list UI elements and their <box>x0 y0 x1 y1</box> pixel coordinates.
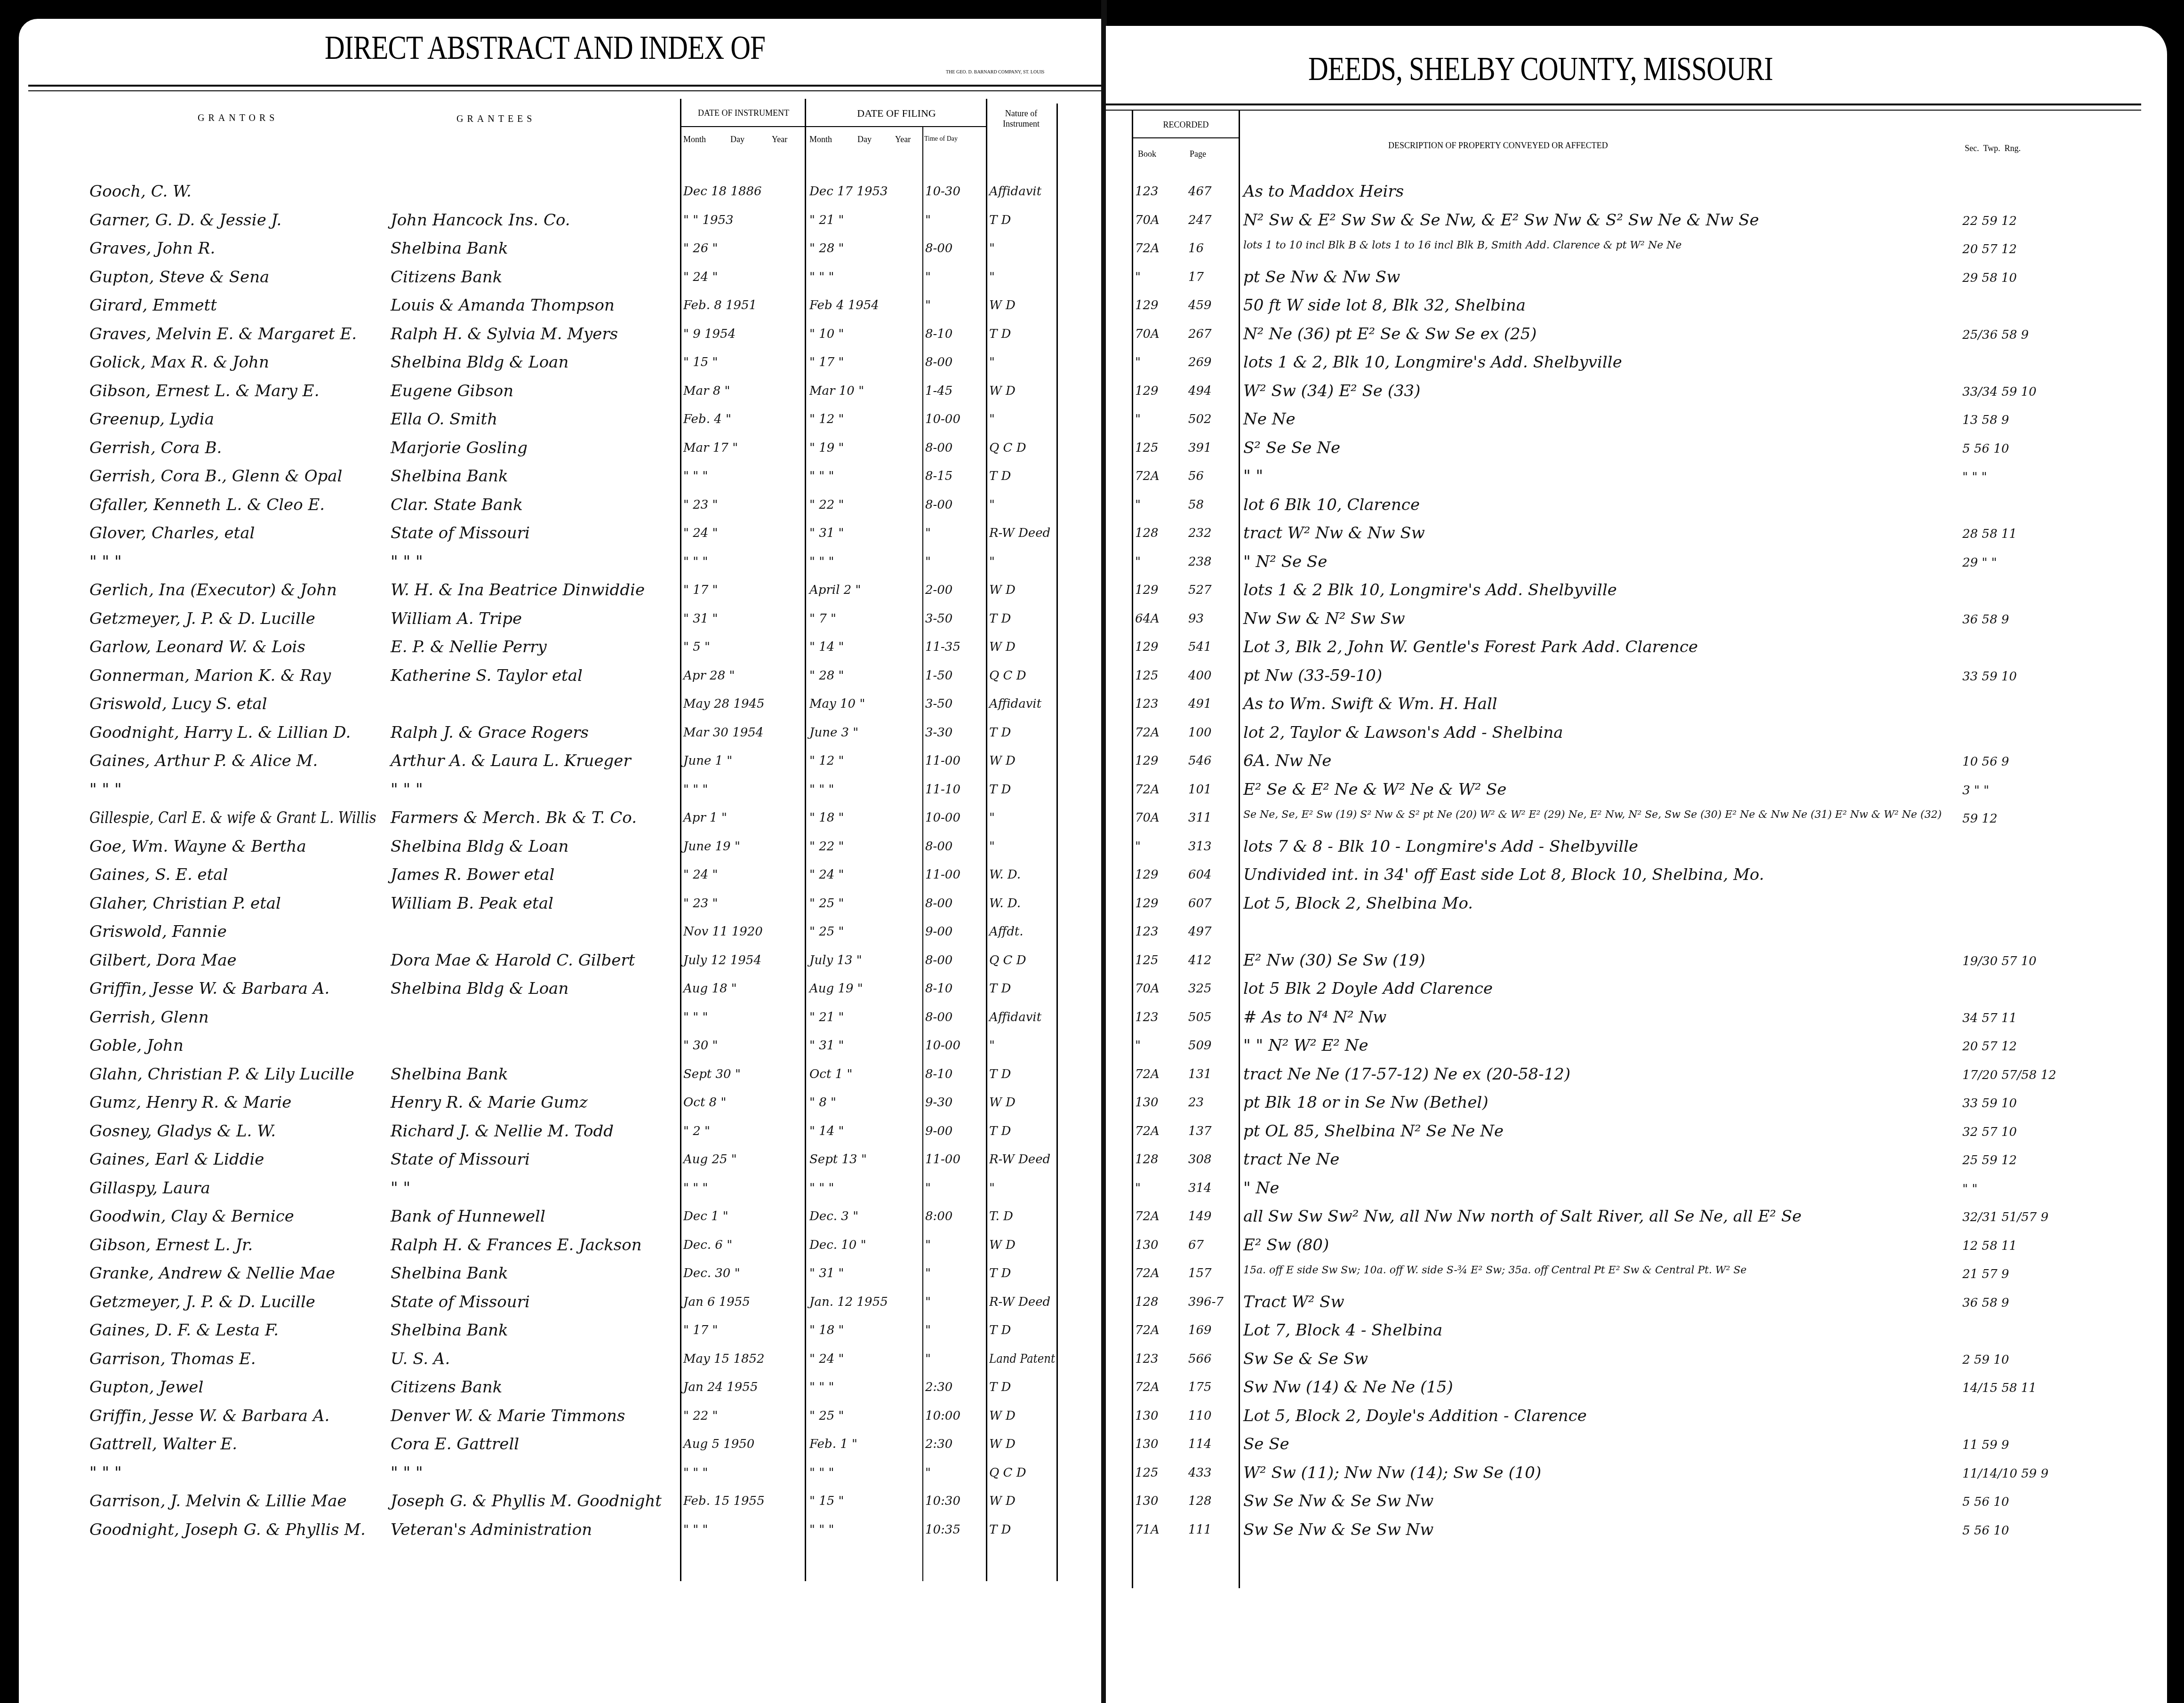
instrument-date: Dec. 6 " <box>683 1239 732 1251</box>
property-description: Nw Sw & N² Sw Sw <box>1243 611 1405 627</box>
sec-twp-rng: 2 59 10 <box>1962 1354 2009 1366</box>
page-number: 175 <box>1188 1381 1212 1393</box>
filing-date: April 2 " <box>809 584 861 596</box>
time-of-day: 8-10 <box>925 1068 952 1080</box>
instrument-date: Apr 1 " <box>683 812 727 824</box>
instrument-date: " 24 " <box>683 869 718 881</box>
grantor: Gerrish, Cora B. <box>89 440 222 456</box>
grantor: " " " <box>89 554 122 570</box>
instrument-date: " 24 " <box>683 271 718 283</box>
sec-twp-rng: 13 58 9 <box>1962 414 2009 426</box>
nature-of-instrument: W. D. <box>989 869 1021 881</box>
grantor: Gibson, Ernest L. Jr. <box>89 1237 253 1253</box>
page-number: 58 <box>1188 499 1204 511</box>
property-description: " N² Se Se <box>1243 554 1327 570</box>
time-of-day: 3-30 <box>925 727 952 739</box>
grantor: Graves, Melvin E. & Margaret E. <box>89 326 357 342</box>
sec-twp-rng: 14/15 58 11 <box>1962 1382 2037 1394</box>
time-of-day: 10-00 <box>925 812 960 824</box>
property-description: lots 1 to 10 incl Blk B & lots 1 to 16 i… <box>1243 240 1681 251</box>
property-description: N² Sw & E² Sw Sw & Se Nw, & E² Sw Nw & S… <box>1243 212 1759 228</box>
instrument-date: Mar 8 " <box>683 385 730 397</box>
book-number: 71A <box>1135 1524 1160 1536</box>
time-of-day: 8-00 <box>925 954 952 967</box>
grantee: Shelbina Bank <box>391 1322 508 1338</box>
time-of-day: 8:00 <box>925 1210 952 1223</box>
book-number: " <box>1135 840 1141 853</box>
grantee: " " <box>391 1180 410 1196</box>
grantee: Shelbina Bldg & Loan <box>391 981 568 997</box>
instrument-date: Dec 18 1886 <box>683 185 762 198</box>
nature-of-instrument: T D <box>989 983 1011 995</box>
grantee: " " " <box>391 554 423 570</box>
time-of-day: 2:30 <box>925 1438 952 1450</box>
book-number: 123 <box>1135 926 1159 938</box>
grantor: Gonnerman, Marion K. & Ray <box>89 668 331 684</box>
time-of-day: 2-00 <box>925 584 952 596</box>
book-number: 70A <box>1135 983 1160 995</box>
grantor: Girard, Emmett <box>89 297 217 313</box>
page-number: 311 <box>1188 812 1212 824</box>
page-number: 56 <box>1188 470 1204 482</box>
time-of-day: 11-35 <box>925 641 960 653</box>
grantee: Denver W. & Marie Timmons <box>391 1408 625 1424</box>
page-number: 101 <box>1188 784 1212 796</box>
property-description: Tract W² Sw <box>1243 1294 1344 1310</box>
filing-date: " 21 " <box>809 1011 844 1023</box>
page-number: 391 <box>1188 442 1212 454</box>
time-of-day: 10-00 <box>925 1039 960 1052</box>
page-number: 111 <box>1188 1524 1212 1536</box>
book-number: " <box>1135 1039 1141 1052</box>
grantee: Cora E. Gattrell <box>391 1436 519 1452</box>
property-description: E² Sw (80) <box>1243 1237 1329 1253</box>
property-description: Se Se <box>1243 1436 1289 1452</box>
grantor: Gooch, C. W. <box>89 184 192 200</box>
grantor: Gattrell, Walter E. <box>89 1436 237 1452</box>
book-number: 129 <box>1135 869 1159 881</box>
book-number: 70A <box>1135 214 1160 226</box>
inst-month-header: Month <box>683 135 706 144</box>
instrument-date: Oct 8 " <box>683 1096 726 1109</box>
instrument-date: Sept 30 " <box>683 1068 741 1080</box>
grantor: " " " <box>89 1465 122 1481</box>
filing-date: Sept 13 " <box>809 1153 867 1166</box>
page-number: 467 <box>1188 185 1212 198</box>
page-number: 546 <box>1188 755 1212 767</box>
filing-date: " " " <box>809 1381 834 1393</box>
sec-twp-rng: 5 56 10 <box>1962 1496 2009 1508</box>
book-number: " <box>1135 1182 1141 1194</box>
book-number: " <box>1135 413 1141 425</box>
time-of-day: 8-10 <box>925 328 952 340</box>
page-number: 131 <box>1188 1068 1212 1080</box>
book-number: 70A <box>1135 812 1160 824</box>
time-of-day: " <box>925 214 931 226</box>
page-number: 313 <box>1188 840 1212 853</box>
instrument-date: " 23 " <box>683 897 718 910</box>
instrument-date: " 15 " <box>683 356 718 368</box>
book-number: " <box>1135 556 1141 568</box>
filing-date: " " " <box>809 556 834 568</box>
page-number: 67 <box>1188 1239 1204 1251</box>
time-of-day: 8-15 <box>925 470 952 482</box>
instrument-date: June 19 " <box>683 840 740 853</box>
grantor: Gumz, Henry R. & Marie <box>89 1095 291 1111</box>
book-number: 130 <box>1135 1438 1159 1450</box>
page-number: 267 <box>1188 328 1212 340</box>
grantee: Shelbina Bank <box>391 240 508 256</box>
page-number: 308 <box>1188 1153 1212 1166</box>
filing-date: " 31 " <box>809 527 844 539</box>
time-of-day: " <box>925 527 931 539</box>
grantor: Gerrish, Cora B., Glenn & Opal <box>89 468 342 484</box>
nature-of-instrument-header: Nature of Instrument <box>988 108 1054 129</box>
filing-date: " 12 " <box>809 413 844 425</box>
instrument-date: Feb. 8 1951 <box>683 299 757 312</box>
grantor: Garrison, J. Melvin & Lillie Mae <box>89 1493 347 1509</box>
page-number: 502 <box>1188 413 1212 425</box>
page-number: 505 <box>1188 1011 1212 1023</box>
instrument-date: " 24 " <box>683 527 718 539</box>
page-header: Page <box>1190 149 1206 159</box>
time-of-day: 8-00 <box>925 897 952 910</box>
grantee: State of Missouri <box>391 1294 530 1310</box>
filing-date: " 25 " <box>809 897 844 910</box>
filing-date: Aug 19 " <box>809 983 863 995</box>
grantee: " " " <box>391 1465 423 1481</box>
sec-twp-rng: 36 58 9 <box>1962 1297 2009 1309</box>
sec-twp-rng: 36 58 9 <box>1962 614 2009 626</box>
sec-twp-rng: 32 57 10 <box>1962 1126 2017 1138</box>
nature-of-instrument: W D <box>989 755 1016 767</box>
instrument-date: " " " <box>683 1011 708 1023</box>
nature-of-instrument: T D <box>989 1524 1011 1536</box>
grantee: Ralph H. & Sylvia M. Myers <box>391 326 618 342</box>
grantee: U. S. A. <box>391 1351 450 1367</box>
grantee: E. P. & Nellie Perry <box>391 639 547 655</box>
nature-of-instrument: " <box>989 1039 995 1052</box>
date-of-instrument-header: DATE OF INSTRUMENT <box>682 108 805 118</box>
page-number: 100 <box>1188 727 1212 739</box>
nature-of-instrument: T D <box>989 214 1011 226</box>
page-number: 114 <box>1188 1438 1212 1450</box>
filing-date: " 22 " <box>809 499 844 511</box>
property-description: 15a. off E side Sw Sw; 10a. off W. side … <box>1243 1265 1747 1276</box>
filing-date: " 18 " <box>809 812 844 824</box>
book-number: 128 <box>1135 527 1159 539</box>
book-number: 129 <box>1135 755 1159 767</box>
book-number: 128 <box>1135 1296 1159 1308</box>
nature-of-instrument: W D <box>989 299 1016 312</box>
inst-year-header: Year <box>772 135 787 144</box>
book-number: 72A <box>1135 1068 1160 1080</box>
sec-twp-rng: 12 58 11 <box>1962 1240 2017 1252</box>
page-number: 412 <box>1188 954 1212 967</box>
sec-twp-rng: " " " <box>1962 471 1987 483</box>
sec-twp-rng: 29 " " <box>1962 557 1997 569</box>
sec-twp-rng: " " <box>1962 1183 1977 1195</box>
property-description: Se Ne, Se, E² Sw (19) S² Nw & S² pt Ne (… <box>1243 810 1942 820</box>
instrument-date: " " " <box>683 556 708 568</box>
filing-date: " 28 " <box>809 242 844 255</box>
grantor: Garner, G. D. & Jessie J. <box>89 212 281 228</box>
property-description: Lot 5, Block 2, Doyle's Addition - Clare… <box>1243 1408 1587 1424</box>
inst-day-header: Day <box>730 135 744 144</box>
sec-twp-rng: 22 59 12 <box>1962 215 2017 227</box>
grantors-header: GRANTORS <box>198 113 278 124</box>
sec-twp-rng: 32/31 51/57 9 <box>1962 1211 2048 1223</box>
property-description: pt Blk 18 or in Se Nw (Bethel) <box>1243 1095 1488 1111</box>
grantor: Goble, John <box>89 1038 184 1054</box>
grantor: Getzmeyer, J. P. & D. Lucille <box>89 611 315 627</box>
filing-date: " 14 " <box>809 1125 844 1137</box>
nature-of-instrument: Q C D <box>989 954 1026 967</box>
page-number: 128 <box>1188 1495 1212 1507</box>
grantee: Marjorie Gosling <box>391 440 528 456</box>
instrument-date: " 17 " <box>683 584 718 596</box>
filing-date: May 10 " <box>809 698 865 710</box>
time-of-day: 11-00 <box>925 1153 960 1166</box>
time-of-day: 1-50 <box>925 670 952 682</box>
grantee: W. H. & Ina Beatrice Dinwiddie <box>391 582 645 598</box>
grantor: Gilbert, Dora Mae <box>89 952 237 968</box>
filing-date: " " " <box>809 271 834 283</box>
grantee: Louis & Amanda Thompson <box>391 297 615 313</box>
property-description: lot 5 Blk 2 Doyle Add Clarence <box>1243 981 1493 997</box>
property-description: # As to N⁴ N² Nw <box>1243 1009 1386 1025</box>
time-of-day: 8-00 <box>925 356 952 368</box>
instrument-date: " 9 1954 <box>683 328 736 340</box>
nature-of-instrument: T D <box>989 1068 1011 1080</box>
time-of-day: " <box>925 1267 931 1279</box>
instrument-date: " 22 " <box>683 1410 718 1422</box>
page-number: 157 <box>1188 1267 1212 1279</box>
grantor: Gaines, Arthur P. & Alice M. <box>89 753 318 769</box>
filing-date: Feb 4 1954 <box>809 299 879 312</box>
property-description: " " N² W² E² Ne <box>1243 1038 1368 1054</box>
property-description: S² Se Se Ne <box>1243 440 1340 456</box>
book-number: " <box>1135 499 1141 511</box>
grantee: Shelbina Bank <box>391 1066 508 1082</box>
nature-of-instrument: " <box>989 556 995 568</box>
recorded-header: RECORDED <box>1134 120 1238 130</box>
grantor: Glover, Charles, etal <box>89 525 255 541</box>
page-number: 269 <box>1188 356 1212 368</box>
nature-of-instrument: T D <box>989 1381 1011 1393</box>
page-number: 169 <box>1188 1324 1212 1336</box>
time-of-day: 8-00 <box>925 242 952 255</box>
page-number: 238 <box>1188 556 1212 568</box>
nature-of-instrument: T D <box>989 470 1011 482</box>
grantor: Goodnight, Harry L. & Lillian D. <box>89 725 351 741</box>
sec-twp-rng: 11/14/10 59 9 <box>1962 1468 2048 1480</box>
page-number: 400 <box>1188 670 1212 682</box>
property-description: Sw Se Nw & Se Sw Nw <box>1243 1493 1433 1509</box>
nature-of-instrument: W D <box>989 1438 1016 1450</box>
grantor: Gupton, Jewel <box>89 1379 203 1395</box>
filing-date: " 15 " <box>809 1495 844 1507</box>
book-number: 128 <box>1135 1153 1159 1166</box>
filing-date: " 25 " <box>809 1410 844 1422</box>
nature-of-instrument: Q C D <box>989 442 1026 454</box>
nature-of-instrument: Affidavit <box>989 698 1041 710</box>
grantor: Granke, Andrew & Nellie Mae <box>89 1265 335 1281</box>
instrument-date: Jan 6 1955 <box>683 1296 750 1308</box>
nature-of-instrument: R-W Deed <box>989 1296 1050 1308</box>
nature-of-instrument: W. D. <box>989 897 1021 910</box>
time-of-day: 9-30 <box>925 1096 952 1109</box>
page-number: 93 <box>1188 613 1204 625</box>
page-number: 604 <box>1188 869 1212 881</box>
sec-twp-rng: 25/36 58 9 <box>1962 329 2029 341</box>
grantee: William A. Tripe <box>391 611 522 627</box>
nature-of-instrument: Land Patent <box>989 1353 1055 1365</box>
property-description: lots 7 & 8 - Blk 10 - Longmire's Add - S… <box>1243 839 1638 855</box>
grantee: Richard J. & Nellie M. Todd <box>391 1123 614 1139</box>
property-description: lots 1 & 2, Blk 10, Longmire's Add. Shel… <box>1243 354 1622 370</box>
time-of-day: 10-00 <box>925 413 960 425</box>
sec-twp-rng: 29 58 10 <box>1962 272 2017 284</box>
nature-of-instrument: Affdt. <box>989 926 1024 938</box>
page-number: 149 <box>1188 1210 1212 1223</box>
property-description: pt Nw (33-59-10) <box>1243 668 1382 684</box>
property-description: pt Se Nw & Nw Sw <box>1243 269 1400 285</box>
time-of-day: " <box>925 1296 931 1308</box>
book-number: 129 <box>1135 385 1159 397</box>
grantor: " " " <box>89 782 122 798</box>
sec-twp-rng: 19/30 57 10 <box>1962 955 2037 967</box>
nature-of-instrument: " <box>989 242 995 255</box>
property-description: E² Nw (30) Se Sw (19) <box>1243 952 1425 968</box>
grantor: Graves, John R. <box>89 240 215 256</box>
page-number: 314 <box>1188 1182 1212 1194</box>
book-number: 125 <box>1135 954 1159 967</box>
instrument-date: " 2 " <box>683 1125 710 1137</box>
grantee: William B. Peak etal <box>391 895 553 911</box>
instrument-date: " 30 " <box>683 1039 718 1052</box>
sec-twp-rng: 28 58 11 <box>1962 528 2017 540</box>
grantor: Goodnight, Joseph G. & Phyllis M. <box>89 1522 366 1538</box>
time-of-day: 8-00 <box>925 442 952 454</box>
grantor: Golick, Max R. & John <box>89 354 269 370</box>
time-of-day: " <box>925 1182 931 1194</box>
instrument-date: Mar 17 " <box>683 442 738 454</box>
time-of-day: " <box>925 271 931 283</box>
grantee: Eugene Gibson <box>391 383 513 399</box>
left-page: DIRECT ABSTRACT AND INDEX OF THE GEO. D.… <box>19 19 1101 1703</box>
filing-date: " 18 " <box>809 1324 844 1336</box>
nature-of-instrument: W D <box>989 1410 1016 1422</box>
filing-date: " " " <box>809 784 834 796</box>
grantor: Gibson, Ernest L. & Mary E. <box>89 383 319 399</box>
nature-of-instrument: Affidavit <box>989 185 1041 198</box>
time-of-day: " <box>925 1353 931 1365</box>
nature-of-instrument: W D <box>989 1096 1016 1109</box>
nature-of-instrument: W D <box>989 584 1016 596</box>
instrument-date: May 15 1852 <box>683 1353 765 1365</box>
page-number: 232 <box>1188 527 1212 539</box>
grantee: Dora Mae & Harold C. Gilbert <box>391 952 635 968</box>
book-number: 70A <box>1135 328 1160 340</box>
book-number: 125 <box>1135 670 1159 682</box>
grantor: Gfaller, Kenneth L. & Cleo E. <box>89 497 325 513</box>
filing-date: June 3 " <box>809 727 858 739</box>
time-of-day: 1-45 <box>925 385 952 397</box>
nature-of-instrument: " <box>989 413 995 425</box>
filing-date: " 10 " <box>809 328 844 340</box>
property-description: Lot 7, Block 4 - Shelbina <box>1243 1322 1442 1338</box>
time-of-day: 9-00 <box>925 1125 952 1137</box>
grantor: Glaher, Christian P. etal <box>89 895 281 911</box>
sec-twp-rng: 20 57 12 <box>1962 243 2017 256</box>
property-description: Lot 5, Block 2, Shelbina Mo. <box>1243 895 1473 911</box>
instrument-date: " " " <box>683 1182 708 1194</box>
grantor: Gaines, S. E. etal <box>89 867 228 883</box>
sec-twp-rng: 33/34 59 10 <box>1962 386 2037 398</box>
page-number: 396-7 <box>1188 1296 1224 1308</box>
grantee: Ralph J. & Grace Rogers <box>391 725 589 741</box>
sec-twp-rng: 25 59 12 <box>1962 1154 2017 1167</box>
sec-twp-rng: 3 " " <box>1962 784 1989 797</box>
book-number: 123 <box>1135 1353 1159 1365</box>
filing-date: Dec. 10 " <box>809 1239 866 1251</box>
instrument-date: " 31 " <box>683 613 718 625</box>
nature-of-instrument: T D <box>989 784 1011 796</box>
grantee: James R. Bower etal <box>391 867 554 883</box>
filing-date: " " " <box>809 1524 834 1536</box>
grantee: Clar. State Bank <box>391 497 523 513</box>
grantee: Bank of Hunnewell <box>391 1208 545 1224</box>
filing-date: " 24 " <box>809 1353 844 1365</box>
nature-of-instrument: " <box>989 812 995 824</box>
book-number: " <box>1135 271 1141 283</box>
page-number: 459 <box>1188 299 1212 312</box>
instrument-date: June 1 " <box>683 755 732 767</box>
instrument-date: Mar 30 1954 <box>683 727 763 739</box>
nature-of-instrument: " <box>989 356 995 368</box>
time-of-day: 10:30 <box>925 1495 960 1507</box>
filing-date: Dec. 3 " <box>809 1210 858 1223</box>
grantee: Citizens Bank <box>391 1379 502 1395</box>
page-number: 16 <box>1188 242 1204 255</box>
book-number: 125 <box>1135 1467 1159 1479</box>
property-description: 6A. Nw Ne <box>1243 753 1331 769</box>
book-number: 130 <box>1135 1410 1159 1422</box>
grantee: Shelbina Bank <box>391 1265 508 1281</box>
filing-date: Jan. 12 1955 <box>809 1296 888 1308</box>
grantor: Getzmeyer, J. P. & D. Lucille <box>89 1294 315 1310</box>
book-number: 130 <box>1135 1239 1159 1251</box>
book-number: 72A <box>1135 470 1160 482</box>
filing-date: Oct 1 " <box>809 1068 852 1080</box>
property-description: Sw Nw (14) & Ne Ne (15) <box>1243 1379 1453 1395</box>
sec-twp-rng: 11 59 9 <box>1962 1439 2009 1451</box>
property-description: tract Ne Ne <box>1243 1151 1339 1167</box>
filing-date: " 22 " <box>809 840 844 853</box>
filing-date: " 7 " <box>809 613 836 625</box>
property-description: 50 ft W side lot 8, Blk 32, Shelbina <box>1243 297 1526 313</box>
property-description: tract Ne Ne (17-57-12) Ne ex (20-58-12) <box>1243 1066 1570 1082</box>
grantee: State of Missouri <box>391 525 530 541</box>
filing-date: " " " <box>809 1467 834 1479</box>
book-header: Book <box>1138 149 1156 159</box>
grantor: Gosney, Gladys & L. W. <box>89 1123 276 1139</box>
description-header: DESCRIPTION OF PROPERTY CONVEYED OR AFFE… <box>1388 141 1608 151</box>
book-number: 64A <box>1135 613 1160 625</box>
page-number: 494 <box>1188 385 1212 397</box>
grantee: John Hancock Ins. Co. <box>391 212 570 228</box>
